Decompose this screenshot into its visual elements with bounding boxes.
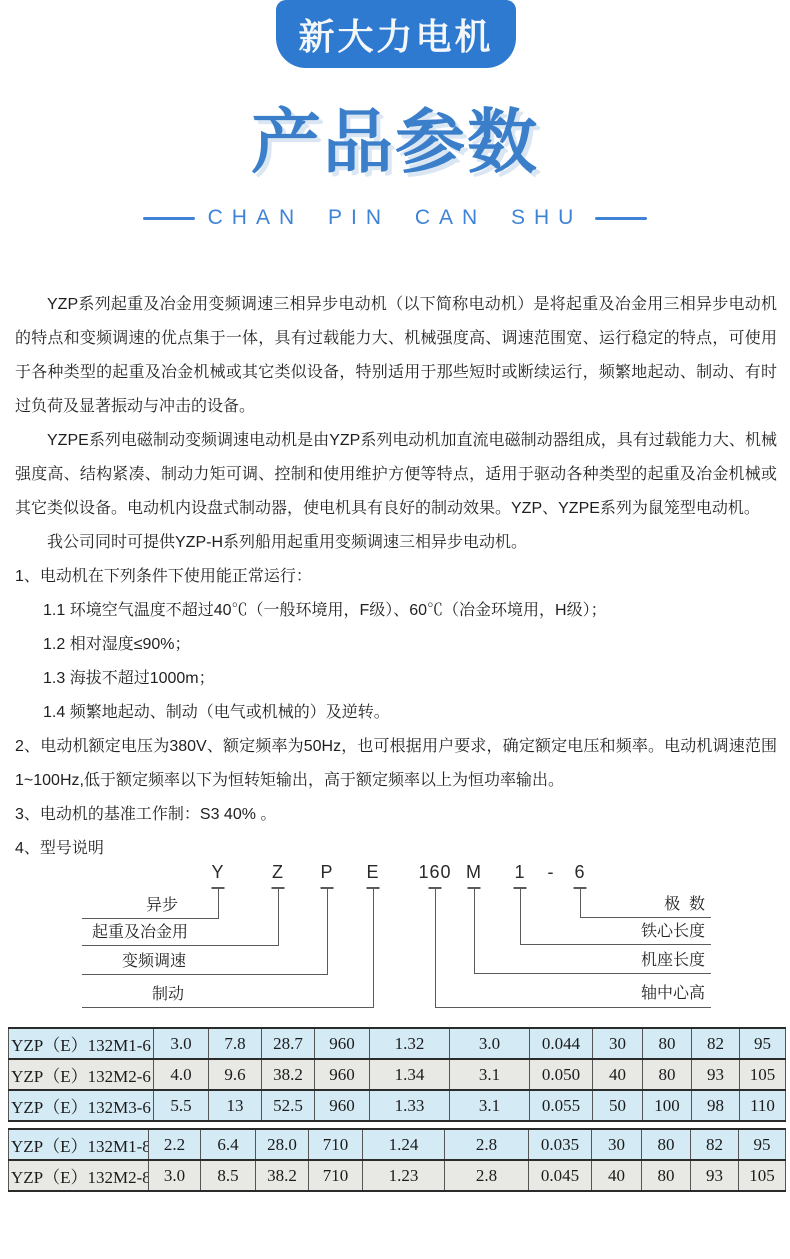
diagram-connector-line [474, 887, 475, 974]
diagram-label: 制动 [152, 985, 184, 1005]
diagram-connector-line [82, 918, 218, 919]
model-cell: YZP（E）132M3-6 [9, 1090, 154, 1121]
diagram-label: 机座长度 [635, 951, 705, 971]
model-cell: YZP（E）132M1-8 [9, 1129, 149, 1160]
diagram-label: 异步 [146, 896, 178, 916]
table-cell: 2.2 [149, 1129, 201, 1160]
diagram-code-char: Y [211, 860, 224, 884]
table-cell: 710 [309, 1160, 363, 1191]
table-cell: 2.8 [445, 1129, 529, 1160]
table-cell: 30 [592, 1129, 642, 1160]
table-cell: 82 [691, 1129, 739, 1160]
table-cell: 960 [315, 1090, 370, 1121]
table-cell: 95 [739, 1129, 786, 1160]
diagram-connector-line [82, 945, 278, 946]
table-cell: 105 [740, 1059, 786, 1090]
table-cell: 7.8 [209, 1028, 262, 1059]
table-cell: 95 [740, 1028, 786, 1059]
diagram-connector-line [82, 974, 327, 975]
table-cell: 50 [593, 1090, 643, 1121]
model-cell: YZP（E）132M1-6 [9, 1028, 154, 1059]
table-cell: 1.24 [363, 1129, 445, 1160]
diagram-connector-line [520, 887, 521, 945]
diagram-connector-line [82, 1007, 373, 1008]
diagram-connector-line [474, 973, 711, 974]
table-cell: 4.0 [154, 1059, 209, 1090]
diagram-code-char: 6 [574, 860, 585, 884]
diagram-code-char: 1 [514, 860, 525, 884]
diagram-label: 极 数 [630, 895, 705, 915]
diagram-code-char: P [320, 860, 333, 884]
table-cell: 100 [643, 1090, 692, 1121]
table-row: YZP（E）132M2-83.08.538.27101.232.80.04540… [9, 1160, 786, 1191]
table-cell: 13 [209, 1090, 262, 1121]
diagram-code-char: Z [272, 860, 284, 884]
table-cell: 93 [691, 1160, 739, 1191]
table-cell: 105 [739, 1160, 786, 1191]
diagram-connector-line [580, 887, 581, 918]
table-cell: 0.044 [530, 1028, 593, 1059]
table-cell: 30 [593, 1028, 643, 1059]
table-cell: 38.2 [256, 1160, 309, 1191]
diagram-label: 铁心长度 [635, 922, 705, 942]
table-row: YZP（E）132M1-63.07.828.79601.323.00.04430… [9, 1028, 786, 1059]
table-cell: 8.5 [201, 1160, 256, 1191]
table-row: YZP（E）132M3-65.51352.59601.333.10.055501… [9, 1090, 786, 1121]
table-cell: 38.2 [262, 1059, 315, 1090]
table-cell: 1.32 [370, 1028, 450, 1059]
table-cell: 6.4 [201, 1129, 256, 1160]
table-cell: 0.055 [530, 1090, 593, 1121]
table-cell: 0.045 [529, 1160, 592, 1191]
diagram-code-char: - [548, 860, 555, 884]
diagram-connector-line [435, 887, 436, 1008]
table-row: YZP（E）132M2-64.09.638.29601.343.10.05040… [9, 1059, 786, 1090]
model-cell: YZP（E）132M2-6 [9, 1059, 154, 1090]
diagram-label: 轴中心高 [635, 984, 705, 1004]
diagram-code-char: 160 [418, 860, 451, 884]
table-cell: 52.5 [262, 1090, 315, 1121]
table-cell: 3.1 [450, 1090, 530, 1121]
table-cell: 3.0 [149, 1160, 201, 1191]
table-cell: 80 [642, 1129, 691, 1160]
table-cell: 82 [692, 1028, 740, 1059]
table-cell: 1.34 [370, 1059, 450, 1090]
diagram-label: 变频调速 [122, 952, 186, 972]
table-cell: 28.0 [256, 1129, 309, 1160]
table-cell: 3.1 [450, 1059, 530, 1090]
diagram-connector-line [520, 944, 711, 945]
product-parameters-page: 新大力电机 产品参数 CHAN PIN CAN SHU YZP系列起重及冶金用变… [0, 0, 790, 1259]
table-cell: 1.33 [370, 1090, 450, 1121]
table-cell: 960 [315, 1059, 370, 1090]
table-cell: 710 [309, 1129, 363, 1160]
table-cell: 3.0 [154, 1028, 209, 1059]
table-cell: 9.6 [209, 1059, 262, 1090]
diagram-connector-line [278, 887, 279, 946]
table-cell: 5.5 [154, 1090, 209, 1121]
table-cell: 0.035 [529, 1129, 592, 1160]
diagram-connector-line [373, 887, 374, 1008]
table-cell: 110 [740, 1090, 786, 1121]
table-cell: 40 [593, 1059, 643, 1090]
spec-table-group-2: YZP（E）132M1-82.26.428.07101.242.80.03530… [8, 1128, 786, 1192]
table-row: YZP（E）132M1-82.26.428.07101.242.80.03530… [9, 1129, 786, 1160]
diagram-connector-line [435, 1007, 711, 1008]
table-cell: 80 [642, 1160, 691, 1191]
table-cell: 1.23 [363, 1160, 445, 1191]
table-cell: 960 [315, 1028, 370, 1059]
table-cell: 80 [643, 1028, 692, 1059]
table-cell: 98 [692, 1090, 740, 1121]
table-cell: 0.050 [530, 1059, 593, 1090]
diagram-connector-line [327, 887, 328, 975]
table-cell: 93 [692, 1059, 740, 1090]
diagram-code-char: M [466, 860, 482, 884]
diagram-code-char: E [366, 860, 379, 884]
table-cell: 3.0 [450, 1028, 530, 1059]
diagram-connector-line [218, 887, 219, 919]
model-cell: YZP（E）132M2-8 [9, 1160, 149, 1191]
table-cell: 40 [592, 1160, 642, 1191]
table-cell: 80 [643, 1059, 692, 1090]
table-cell: 28.7 [262, 1028, 315, 1059]
spec-table-group-1: YZP（E）132M1-63.07.828.79601.323.00.04430… [8, 1027, 786, 1122]
table-cell: 2.8 [445, 1160, 529, 1191]
diagram-connector-line [580, 917, 711, 918]
diagram-label: 起重及冶金用 [92, 923, 188, 943]
